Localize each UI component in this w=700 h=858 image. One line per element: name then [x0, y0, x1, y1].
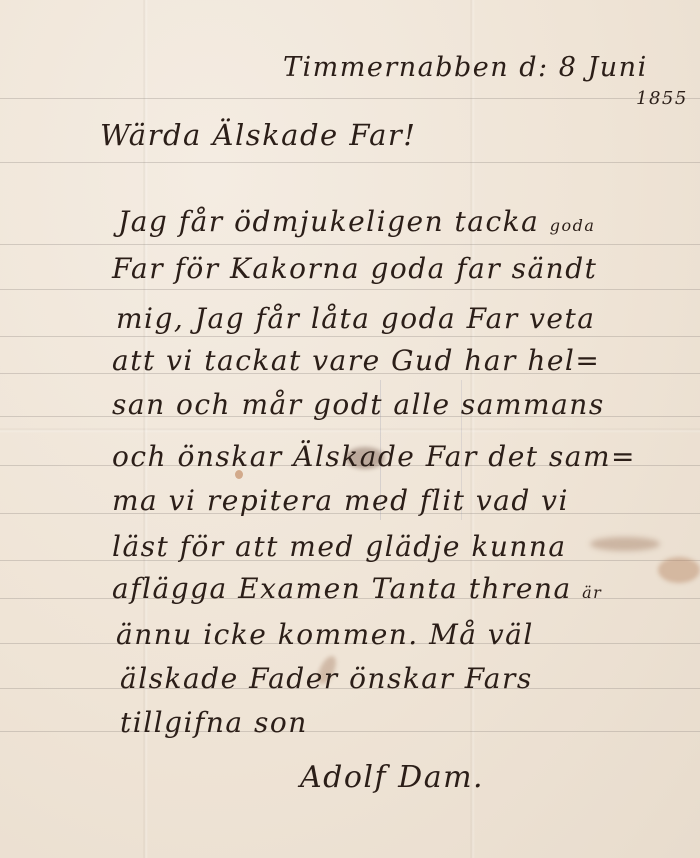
ruled-line [0, 731, 700, 732]
signature: Adolf Dam. [300, 760, 484, 795]
body-line: ännu icke kommen. Må väl [116, 618, 534, 651]
body-line: ma vi repitera med flit vad vi [112, 484, 569, 517]
salutation: Wärda Älskade Far! [100, 118, 416, 152]
ink-stain [658, 557, 700, 583]
body-line: san och mår godt alle sammans [112, 388, 605, 421]
body-text-small: är [582, 583, 602, 602]
ruled-line [0, 336, 700, 337]
ruled-line [0, 98, 700, 99]
body-line: och önskar Älskade Far det sam= [112, 440, 636, 473]
body-text: Jag får ödmjukeligen tacka [118, 205, 539, 238]
body-line: Jag får ödmjukeligen tacka goda [118, 205, 595, 238]
letter-page: Timmernabben d: 8 Juni 1855 Wärda Älskad… [0, 0, 700, 858]
body-line: läst för att med glädje kunna [112, 530, 567, 563]
body-line: Far för Kakorna goda far sändt [112, 252, 597, 285]
ruled-line [0, 162, 700, 163]
body-line: mig, Jag får låta goda Far veta [116, 302, 595, 335]
ruled-line [0, 244, 700, 245]
body-line: att vi tackat vare Gud har hel= [112, 344, 600, 377]
body-text: aflägga Examen Tanta threna [112, 572, 572, 605]
place-date: Timmernabben d: 8 Juni [283, 52, 648, 83]
body-line: aflägga Examen Tanta threna är [112, 572, 602, 605]
ruled-line [0, 289, 700, 290]
body-text-small: goda [550, 216, 596, 235]
year: 1855 [636, 88, 688, 109]
ink-stain [590, 537, 660, 551]
closing: tillgifna son [120, 706, 308, 739]
body-line: älskade Fader önskar Fars [120, 662, 533, 695]
